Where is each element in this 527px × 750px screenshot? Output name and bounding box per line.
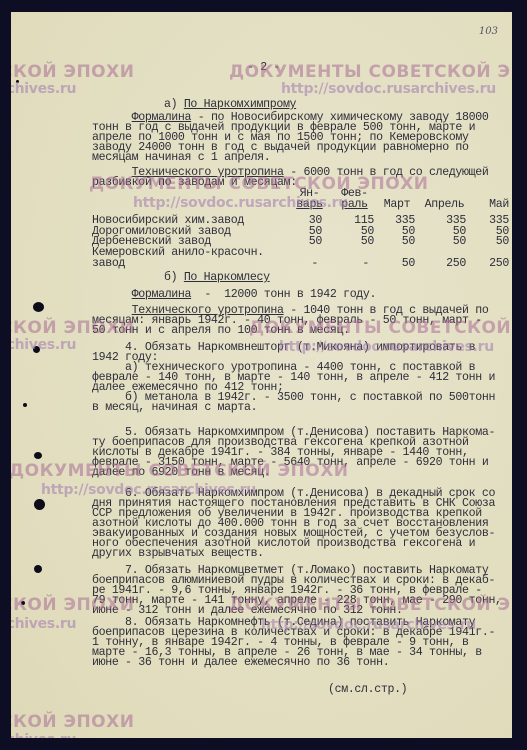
- watermark-title: СКОЙ ЭПОХИ: [11, 712, 134, 732]
- table-row: Кемеровский анило-красочн.завод - - 50 2…: [92, 248, 509, 269]
- column-header: Фев-раль: [332, 189, 377, 210]
- column-header: Март: [377, 189, 417, 210]
- column-header: Апрель: [417, 189, 472, 210]
- watermark-url: rchives.ru: [11, 337, 76, 353]
- text-line: других взрывчатых веществ.: [92, 549, 264, 560]
- text-line: в месяц, начиная с марта.: [92, 403, 257, 414]
- punch-hole: [33, 346, 40, 353]
- text-line: 50 тонн и с апреля по 100 тонн в месяц.: [92, 326, 350, 337]
- urotropin-distribution-table: Ян-варь Фев-раль Март Апрель Май Новосиб…: [92, 189, 509, 269]
- text-line: июне - 312 тонн и далее ежемесячно по 31…: [92, 606, 403, 617]
- column-header: Май: [472, 189, 509, 210]
- text-line: июне - 36 тонн и далее ежемесячно по 36 …: [92, 658, 389, 669]
- section-a-title: По Наркомхимпрому: [184, 98, 296, 111]
- table-header: Ян-варь Фев-раль Март Апрель Май: [92, 189, 509, 210]
- watermark-url: rchives.ru: [11, 732, 76, 738]
- column-header: Ян-варь: [287, 189, 332, 210]
- punch-hole: [33, 302, 44, 312]
- text-line: месяцам начиная с 1 апреля.: [92, 153, 270, 164]
- punch-hole: [34, 565, 42, 573]
- watermark-title: СКОЙ ЭПОХИ: [11, 62, 134, 82]
- punch-hole: [21, 601, 25, 605]
- document-page: 103 - 2 - а) По Наркомхимпрому Формалина…: [11, 12, 512, 738]
- watermark-url: http://sovdoc.rusarchives.ru: [281, 81, 496, 97]
- page-marker: - 2 -: [247, 63, 280, 74]
- section-a-heading: а) По Наркомхимпрому: [164, 100, 296, 111]
- section-b-formalin: Формалина - 12000 тонн в 1942 году.: [92, 290, 376, 301]
- section-a-prefix: а): [164, 98, 177, 111]
- text-line: разбивкой по заводам и месяцам:: [92, 178, 297, 189]
- watermark-url: rchives.ru: [11, 81, 76, 97]
- text-line: далее по 6920 тонн в месяц.: [92, 468, 270, 479]
- punch-hole: [16, 80, 19, 83]
- punch-hole: [23, 403, 27, 407]
- continuation-note: (см.сл.стр.): [328, 685, 407, 696]
- watermark-url: rchives.ru: [11, 616, 76, 632]
- section-b-heading: б) По Наркомлесу: [164, 273, 270, 284]
- section-b-title: По Наркомлесу: [184, 271, 270, 284]
- punch-hole: [34, 499, 45, 510]
- archive-page-number: 103: [479, 26, 498, 37]
- punch-hole: [34, 452, 42, 459]
